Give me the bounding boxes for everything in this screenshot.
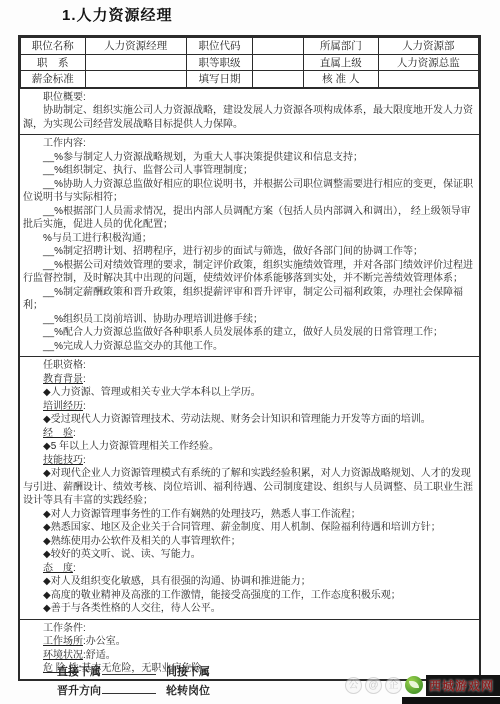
attitude-list: ◆对人及组织变化敏感，具有很强的沟通、协调和推进能力；◆高度的敬业精神及高涨的工…: [23, 575, 475, 616]
duties-heading: 工作内容:: [23, 137, 475, 151]
skill-item: ◆熟悉国家、地区及企业关于合同管理、薪金制度、用人机制、保险福利待遇和培训方针；: [23, 521, 475, 535]
experience-list: ◆5 年以上人力资源管理相关工作经验。: [23, 440, 475, 454]
skills-subheading: 技能技巧:: [23, 454, 475, 468]
page-title: 1.人力资源经理: [62, 4, 173, 25]
attitude-item: ◆高度的敬业精神及高涨的工作激情，能接受高强度的工作，工作态度积极乐观；: [23, 589, 475, 603]
duty-item: __%组织制定、执行、监督公司人事管理制度；: [23, 164, 475, 178]
attitude-item: ◆善于与各类性格的人交往，待人公平。: [23, 602, 475, 616]
experience-subheading: 经 验:: [23, 427, 475, 441]
duty-item: __%制定薪酬政策和晋升政策，组织提薪评审和晋升评审，制定公司福利政策，办理社会…: [23, 286, 475, 313]
condition-item: 工作场所:办公室。: [23, 635, 475, 649]
attitude-item: ◆对人及组织变化敏感，具有很强的沟通、协调和推进能力；: [23, 575, 475, 589]
qualifications-heading: 任职资格:: [23, 359, 475, 373]
promotion-direction-label: 晋升方向: [57, 685, 101, 697]
duty-item: %与员工进行积极沟通；: [23, 232, 475, 246]
enterprise-icon: 企: [385, 677, 402, 694]
indirect-subordinates-label: 间接下属: [166, 666, 210, 678]
field-value-position-name: 人力资源经理: [85, 38, 186, 55]
education-list: ◆人力资源、管理或相关专业大学本科以上学历。: [23, 386, 475, 400]
field-label-department: 所属部门: [304, 38, 379, 55]
field-value-grade: [253, 54, 304, 71]
attitude-subheading: 态 度:: [23, 562, 475, 576]
header-row: 职位名称 人力资源经理 职位代码 所属部门 人力资源部: [21, 38, 479, 55]
summary-text: 协助制定、组织实施公司人力资源战略，建设发展人力资源各项构成体系，最大限度地开发…: [23, 104, 475, 131]
training-subheading: 培训经历:: [23, 400, 475, 414]
conditions-heading: 工作条件:: [23, 622, 475, 636]
training-list: ◆受过现代人力资源管理技术、劳动法规、财务会计知识和管理能力开发等方面的培训。: [23, 413, 475, 427]
watermark-bar: [402, 697, 500, 704]
education-subheading: 教育背景:: [23, 373, 475, 387]
duties-list: __%参与制定人力资源战略规划，为重大人事决策提供建议和信息支持； __%组织制…: [23, 151, 475, 354]
at-icon: @: [365, 677, 382, 694]
field-label-grade: 职等职级: [186, 54, 252, 71]
duty-item: __%根据公司对绩效管理的要求，制定评价政策，组织实施绩效管理，并对各部门绩效评…: [23, 259, 475, 286]
skills-list: ◆对现代企业人力资源管理模式有系统的了解和实践经验积累，对人力资源战略规划、人才…: [23, 467, 475, 562]
field-label-position-code: 职位代码: [186, 38, 252, 55]
leaf-logo-icon: [405, 676, 423, 694]
job-description-document: 职位名称 人力资源经理 职位代码 所属部门 人力资源部 职 系 职等职级 直属上…: [18, 35, 481, 681]
duty-item: __%配合人力资源总监做好各种职系人员发展体系的建立，做好人员发展的日常管理工作…: [23, 326, 475, 340]
field-label-salary: 薪金标准: [21, 71, 86, 88]
duty-item: __%根据部门人员需求情况，提出内部人员调配方案（包括人员内部调入和调出）， 经…: [23, 205, 475, 232]
skill-item: ◆较好的英文听、说、读、写能力。: [23, 548, 475, 562]
field-value-approver: [378, 71, 478, 88]
condition-item: 环境状况:舒适。: [23, 649, 475, 663]
field-value-supervisor: 人力资源总监: [378, 54, 478, 71]
duty-item: __%制定招聘计划、招聘程序，进行初步的面试与筛选，做好各部门间的协调工作等；: [23, 245, 475, 259]
duty-item: __%协助人力资源总监做好相应的职位说明书，并根据公司职位调整需要进行相应的变更…: [23, 178, 475, 205]
duty-item: __%参与制定人力资源战略规划，为重大人事决策提供建议和信息支持；: [23, 151, 475, 165]
header-row: 职 系 职等职级 直属上级 人力资源总监: [21, 54, 479, 71]
duty-item: __%完成人力资源总监交办的其他工作。: [23, 340, 475, 354]
section-qualifications: 任职资格: 教育背景: ◆人力资源、管理或相关专业大学本科以上学历。 培训经历:…: [20, 356, 479, 619]
fill-in-line: [102, 663, 156, 675]
field-value-job-family: [85, 54, 186, 71]
skill-item: ◆熟练使用办公软件及相关的人事管理软件；: [23, 535, 475, 549]
footer-row-subordinates: 直接下属间接下属: [57, 663, 210, 682]
field-value-department: 人力资源部: [378, 38, 478, 55]
header-row: 薪金标准 填写日期 核 准 人: [21, 71, 479, 88]
field-value-salary: [85, 71, 186, 88]
header-table: 职位名称 人力资源经理 职位代码 所属部门 人力资源部 职 系 职等职级 直属上…: [20, 37, 479, 88]
stamp-icon: 公: [345, 677, 362, 694]
education-item: ◆人力资源、管理或相关专业大学本科以上学历。: [23, 386, 475, 400]
section-job-summary: 职位概要: 协助制定、组织实施公司人力资源战略，建设发展人力资源各项构成体系，最…: [20, 88, 479, 135]
watermark: 公 @ 企 西城游戏网: [345, 673, 500, 697]
field-value-fill-date: [253, 71, 304, 88]
skill-item: ◆对现代企业人力资源管理模式有系统的了解和实践经验积累，对人力资源战略规划、人才…: [23, 467, 475, 508]
experience-item: ◆5 年以上人力资源管理相关工作经验。: [23, 440, 475, 454]
field-label-job-family: 职 系: [21, 54, 86, 71]
section-work-content: 工作内容: __%参与制定人力资源战略规划，为重大人事决策提供建议和信息支持； …: [20, 134, 479, 356]
field-label-approver: 核 准 人: [304, 71, 379, 88]
field-label-position-name: 职位名称: [21, 38, 86, 55]
duty-item: __%组织员工岗前培训、协助办理培训进修手续；: [23, 313, 475, 327]
rotation-position-label: 轮转岗位: [166, 685, 210, 697]
summary-heading: 职位概要:: [23, 91, 475, 105]
direct-subordinates-label: 直接下属: [57, 666, 101, 678]
footer-row-promotion: 晋升方向轮转岗位: [57, 682, 210, 701]
site-name: 西城游戏网: [429, 679, 494, 693]
training-item: ◆受过现代人力资源管理技术、劳动法规、财务会计知识和管理能力开发等方面的培训。: [23, 413, 475, 427]
field-value-position-code: [253, 38, 304, 55]
skill-item: ◆对人力资源管理事务性的工作有娴熟的处理技巧，熟悉人事工作流程；: [23, 508, 475, 522]
site-name-banner: 西城游戏网: [426, 675, 500, 696]
fill-in-line: [102, 682, 156, 694]
field-label-fill-date: 填写日期: [186, 71, 252, 88]
field-label-supervisor: 直属上级: [304, 54, 379, 71]
footer-fields: 直接下属间接下属 晋升方向轮转岗位: [57, 663, 210, 701]
